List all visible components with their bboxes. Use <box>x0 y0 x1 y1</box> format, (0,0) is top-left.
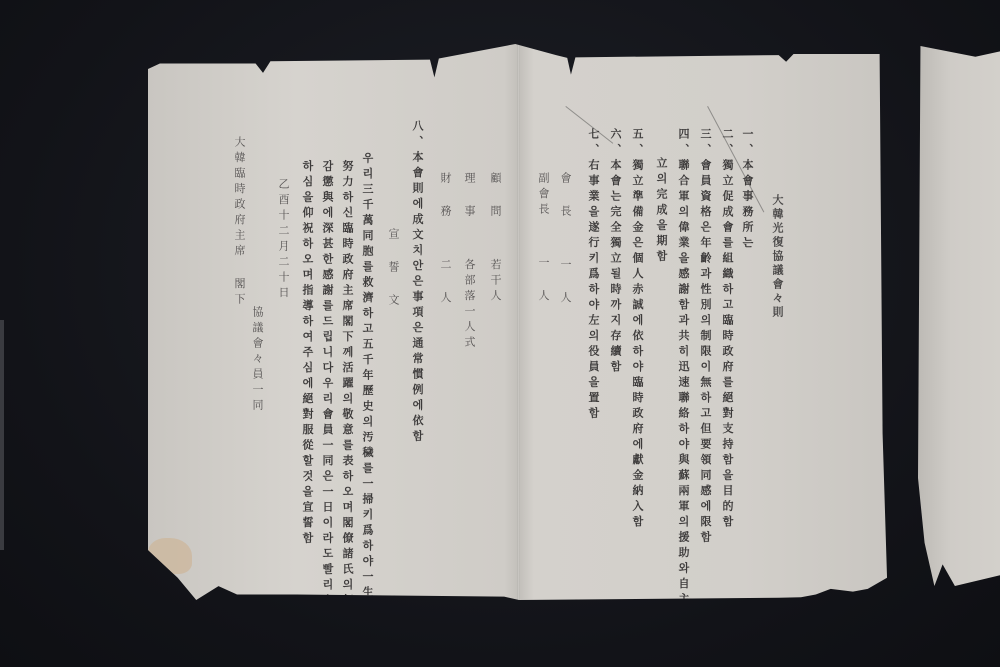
declaration-line-2: 努力하신臨時政府主席閣下께活躍의敬意를表하오며閣僚諸氏의努力一頁 <box>342 160 353 656</box>
document-sheet: 大韓光復協議會々則 一、本會事務所는 二、獨立促成會를組織하고臨時政府를絕對支持… <box>148 44 890 600</box>
officer-vice-president: 副會長一 人 <box>538 172 549 305</box>
declaration-title: 宣 誓 文 <box>388 228 399 310</box>
officer-count: 一 人 <box>559 259 572 308</box>
officer-president: 會 長一 人 <box>560 172 571 307</box>
declaration-recipient: 大韓臨時政府主席 閣下 <box>234 136 245 309</box>
article-number: 八、 <box>411 120 424 151</box>
officer-role: 副會長 <box>537 172 550 219</box>
adjacent-sheet-right <box>918 46 1000 586</box>
torn-corner <box>148 538 192 574</box>
officer-treasurer: 財 務二 人 <box>440 172 451 307</box>
officer-count: 若干人 <box>489 259 502 306</box>
article-number: 二、 <box>721 128 734 159</box>
officer-count: 二 人 <box>439 259 452 308</box>
officer-count: 各部落一人式 <box>463 259 476 352</box>
article-1: 一、本會事務所는 <box>742 128 753 252</box>
article-text: 獨立準備金은個人赤誠에依하야臨時政府에獻金納入함 <box>631 159 644 531</box>
article-text: 立의完成을期함 <box>655 157 668 266</box>
declaration-line-4: 하심을仰祝하오며指導하여주심에絕對服從할것을宣誓함 <box>302 160 313 548</box>
photo-background: 大韓光復協議會々則 一、本會事務所는 二、獨立促成會를組織하고臨時政府를絕對支持… <box>0 0 1000 667</box>
article-text: 聯合軍의偉業을感謝함과共히迅速聯絡하야與蘇兩軍의援助와自主獨 <box>677 159 690 624</box>
article-number: 四、 <box>677 128 690 159</box>
article-7: 七、右事業을遂行키爲하야左의役員을置함 <box>588 128 599 423</box>
officer-role: 財 務 <box>439 172 452 221</box>
article-text: 會員資格은年齡과性別의制限이無하고但要領同感에限함 <box>699 159 712 547</box>
article-3: 三、會員資格은年齡과性別의制限이無하고但要領同感에限함 <box>700 128 711 547</box>
article-8: 八、本會則에成文치안은事項은通常慣例에依함 <box>412 120 423 446</box>
article-2: 二、獨立促成會를組織하고臨時政府를絕對支持함을目的함 <box>722 128 733 531</box>
article-4-continued: 立의完成을期함 <box>656 157 667 266</box>
officer-advisor: 顧 問若干人 <box>490 172 501 305</box>
officer-role: 理 事 <box>463 172 476 221</box>
article-4: 四、聯合軍의偉業을感謝함과共히迅速聯絡하야與蘇兩軍의援助와自主獨 <box>678 128 689 624</box>
declaration-date: 乙酉十二月二十日 <box>278 178 289 302</box>
article-text: 右事業을遂行키爲하야左의役員을置함 <box>587 159 600 423</box>
declaration-line-3: 감懲與에深甚한感謝를드립니다우리會員一同은一日이라도빨리完全獨立 <box>322 160 333 656</box>
center-fold <box>517 44 520 600</box>
declaration-line-1: 우리三千萬同胞를救濟하고五千年歷史의汚穢를一掃키爲하야一生을當耐 <box>362 152 373 648</box>
document-heading: 大韓光復協議會々則 <box>772 194 783 320</box>
article-text: 本會則에成文치안은事項은通常慣例에依함 <box>411 151 424 446</box>
article-number: 六、 <box>609 128 622 159</box>
article-text: 獨立促成會를組織하고臨時政府를絕對支持함을目的함 <box>721 159 734 531</box>
article-text: 本會는完全獨立될時까지存續함 <box>609 159 622 376</box>
article-number: 五、 <box>631 128 644 159</box>
officer-director: 理 事各部落一人式 <box>464 172 475 352</box>
adjacent-sheet-edge-left <box>0 320 4 550</box>
officer-role: 會 長 <box>559 172 572 221</box>
article-text: 本會事務所는 <box>741 159 754 252</box>
article-5: 五、獨立準備金은個人赤誠에依하야臨時政府에獻金納入함 <box>632 128 643 531</box>
scratch-mark <box>707 106 764 212</box>
officer-role: 顧 問 <box>489 172 502 221</box>
article-number: 一、 <box>741 128 754 159</box>
declaration-signatory: 協議會々員一同 <box>252 306 263 415</box>
article-number: 七、 <box>587 128 600 159</box>
officer-count: 一 人 <box>537 257 550 306</box>
article-number: 三、 <box>699 128 712 159</box>
article-6: 六、本會는完全獨立될時까지存續함 <box>610 128 621 376</box>
